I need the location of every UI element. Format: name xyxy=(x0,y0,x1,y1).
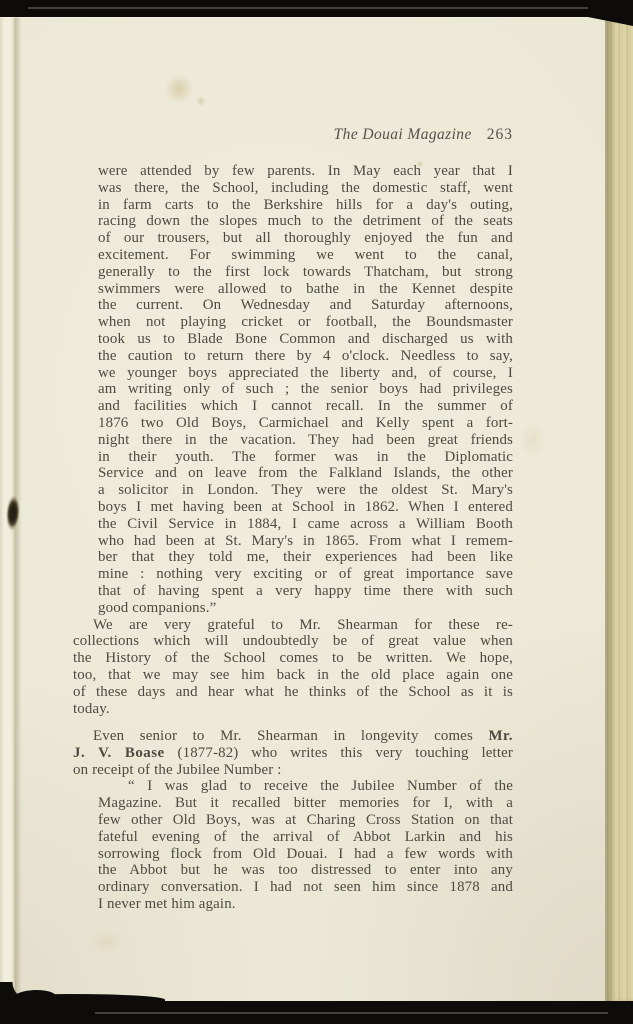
text-line: the caution to return there by 4 o'clock… xyxy=(73,348,513,365)
text-line: collections which will undoubtedly be of… xyxy=(73,633,513,650)
text-line: ordinary conversation. I had not seen hi… xyxy=(73,879,513,896)
text-segment: (1877-82) who writes this very touching … xyxy=(165,745,513,761)
journal-title: The Douai Magazine xyxy=(334,126,472,143)
text-line: fateful evening of the arrival of Abbot … xyxy=(73,829,513,846)
text-line: “ I was glad to receive the Jubilee Numb… xyxy=(73,778,513,795)
page-number: 263 xyxy=(487,126,513,143)
text-line: few other Old Boys, was at Charing Cross… xyxy=(73,812,513,829)
text-line: Magazine. But it recalled bitter memorie… xyxy=(73,795,513,812)
book-page-edges xyxy=(605,17,633,1001)
text-line: we younger boys appreciated the liberty … xyxy=(73,365,513,382)
text-line: today. xyxy=(73,701,513,718)
body-text-upper: were attended by few parents. In May eac… xyxy=(73,163,513,717)
text-line: We are very grateful to Mr. Shearman for… xyxy=(73,617,513,634)
bold-text: Mr. xyxy=(488,728,513,744)
text-line: I never met him again. xyxy=(73,896,513,913)
running-header: The Douai Magazine263 xyxy=(73,126,513,144)
text-line: that of having spent a very happy time t… xyxy=(73,583,513,600)
text-line: Service and on leave from the Falkland I… xyxy=(73,465,513,482)
text-line: swimmers were allowed to bathe in the Ke… xyxy=(73,281,513,298)
text-line: excitement. For swimming we went to the … xyxy=(73,247,513,264)
text-line: of these days and hear what he thinks of… xyxy=(73,684,513,701)
body-text-lower: Even senior to Mr. Shearman in longevity… xyxy=(73,728,513,913)
text-line: generally to the first lock towards That… xyxy=(73,264,513,281)
scanned-book-page: The Douai Magazine263 were attended by f… xyxy=(0,0,633,1024)
text-line: on receipt of the Jubilee Number : xyxy=(73,762,513,779)
scan-scratch-top xyxy=(28,7,588,9)
text-line: Even senior to Mr. Shearman in longevity… xyxy=(73,728,513,745)
text-line: when not playing cricket or football, th… xyxy=(73,314,513,331)
text-line: and facilities which I cannot recall. In… xyxy=(73,398,513,415)
text-line: mine : nothing very exciting or of great… xyxy=(73,566,513,583)
foxing-stain xyxy=(196,96,206,106)
text-line: 1876 two Old Boys, Carmichael and Kelly … xyxy=(73,415,513,432)
text-segment: Even senior to Mr. Shearman in longevity… xyxy=(93,728,488,744)
text-line: racing down the slopes much to the detri… xyxy=(73,213,513,230)
foxing-stain xyxy=(90,930,124,954)
text-line: J. V. Boase (1877-82) who writes this ve… xyxy=(73,745,513,762)
text-line: good companions.” xyxy=(73,600,513,617)
bold-text: J. V. Boase xyxy=(73,745,165,761)
text-line: sorrowing flock from Old Douai. I had a … xyxy=(73,846,513,863)
text-line: the History of the School comes to be wr… xyxy=(73,650,513,667)
text-line: the Civil Service in 1884, I came across… xyxy=(73,516,513,533)
text-line: boys I met having been at School in 1862… xyxy=(73,499,513,516)
text-line: a solicitor in London. They were the old… xyxy=(73,482,513,499)
text-line: the current. On Wednesday and Saturday a… xyxy=(73,297,513,314)
text-line: the Abbot but he was too distressed to e… xyxy=(73,862,513,879)
text-line: night there in the vacation. They had be… xyxy=(73,432,513,449)
text-line: ber that they told me, their experiences… xyxy=(73,549,513,566)
text-line: were attended by few parents. In May eac… xyxy=(73,163,513,180)
text-line: in farm carts to the Berkshire hills for… xyxy=(73,197,513,214)
scan-corner-bottom-left xyxy=(0,982,30,1008)
text-line: in their youth. The former was in the Di… xyxy=(73,449,513,466)
text-line: took us to Blade Bone Common and dischar… xyxy=(73,331,513,348)
text-line: was there, the School, including the dom… xyxy=(73,180,513,197)
scan-scratch-bottom xyxy=(95,1012,608,1014)
text-line: who had been at St. Mary's in 1865. From… xyxy=(73,533,513,550)
foxing-stain xyxy=(520,420,546,460)
text-line: of our trousers, but all thoroughly enjo… xyxy=(73,230,513,247)
foxing-stain xyxy=(164,74,194,104)
text-line: am writing only of such ; the senior boy… xyxy=(73,381,513,398)
text-line: too, that we may see him back in the old… xyxy=(73,667,513,684)
